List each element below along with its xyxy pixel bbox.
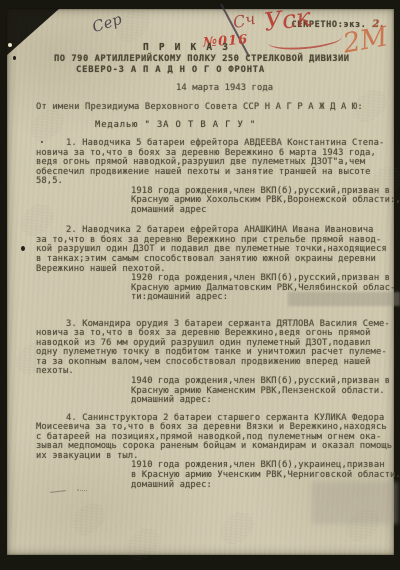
redaction-block [288, 292, 400, 306]
entry-citation: 4. Санинструктора 2 батареи старшего сер… [36, 414, 394, 462]
paper-speck [21, 246, 25, 251]
order-subtitle-front: СЕВЕРО-З А П А Д Н О Г О ФРОНТА [76, 65, 394, 76]
watermark-smudge [121, 522, 165, 565]
entry-birth-info: 1918 года рождения,член ВКП(б),русский,п… [131, 187, 394, 216]
award-preamble: От имени Президиума Верховного Совета СС… [36, 102, 394, 112]
pencil-mark [50, 490, 66, 493]
order-title: П Р И К А З [143, 43, 394, 53]
watermark-smudge [215, 506, 259, 549]
entry-birth-info: 1940 года рождения,член ВКП(б),русский,п… [131, 377, 394, 406]
order-subtitle-regiment: ПО 790 АРТИЛЛЕРИЙСКОМУ ПОЛКУ 250 СТРЕЛКО… [54, 54, 394, 65]
pencil-mark [77, 490, 87, 492]
typed-line: домашний адрес [131, 206, 394, 216]
entry-citation: 3. Командира орудия 3 батареи сержанта Д… [36, 320, 394, 377]
scanned-order-document: { "page": { "classification": { "label":… [0, 0, 400, 570]
award-entry: 1. Наводчика 5 батареи ефрейтора АВДЕЕВА… [36, 139, 394, 215]
award-entries: 1. Наводчика 5 батареи ефрейтора АВДЕЕВА… [36, 139, 394, 490]
watermark-smudge [67, 497, 111, 540]
award-entry: 4. Санинструктора 2 батареи старшего сер… [36, 414, 394, 490]
typed-line: обеспечил продвижение нашей пехоты и зан… [36, 168, 394, 178]
award-entry: 3. Командира орудия 3 батареи сержанта Д… [36, 320, 394, 406]
entry-citation: 1. Наводчика 5 батареи ефрейтора АВДЕЕВА… [36, 139, 394, 187]
typed-line: та за окопным валом,чем способствовал пр… [36, 358, 394, 368]
paper-speck [13, 56, 16, 60]
paper-speck [8, 43, 12, 47]
document-page: СЕКРЕТНО:экз. 2. Сер Сч Уск №016 2М П Р … [7, 9, 394, 555]
medal-line: Медалью " ЗА О Т В А Г У " [95, 120, 394, 130]
typed-line: домашний адрес: [131, 396, 394, 406]
typed-text-block: П Р И К А З ПО 790 АРТИЛЛЕРИЙСКОМУ ПОЛКУ… [7, 9, 394, 490]
order-date: 14 марта 1943 года [176, 83, 394, 93]
entry-citation: 2. Наводчика 2 батареи ефрейтора АНАШКИН… [36, 226, 394, 274]
